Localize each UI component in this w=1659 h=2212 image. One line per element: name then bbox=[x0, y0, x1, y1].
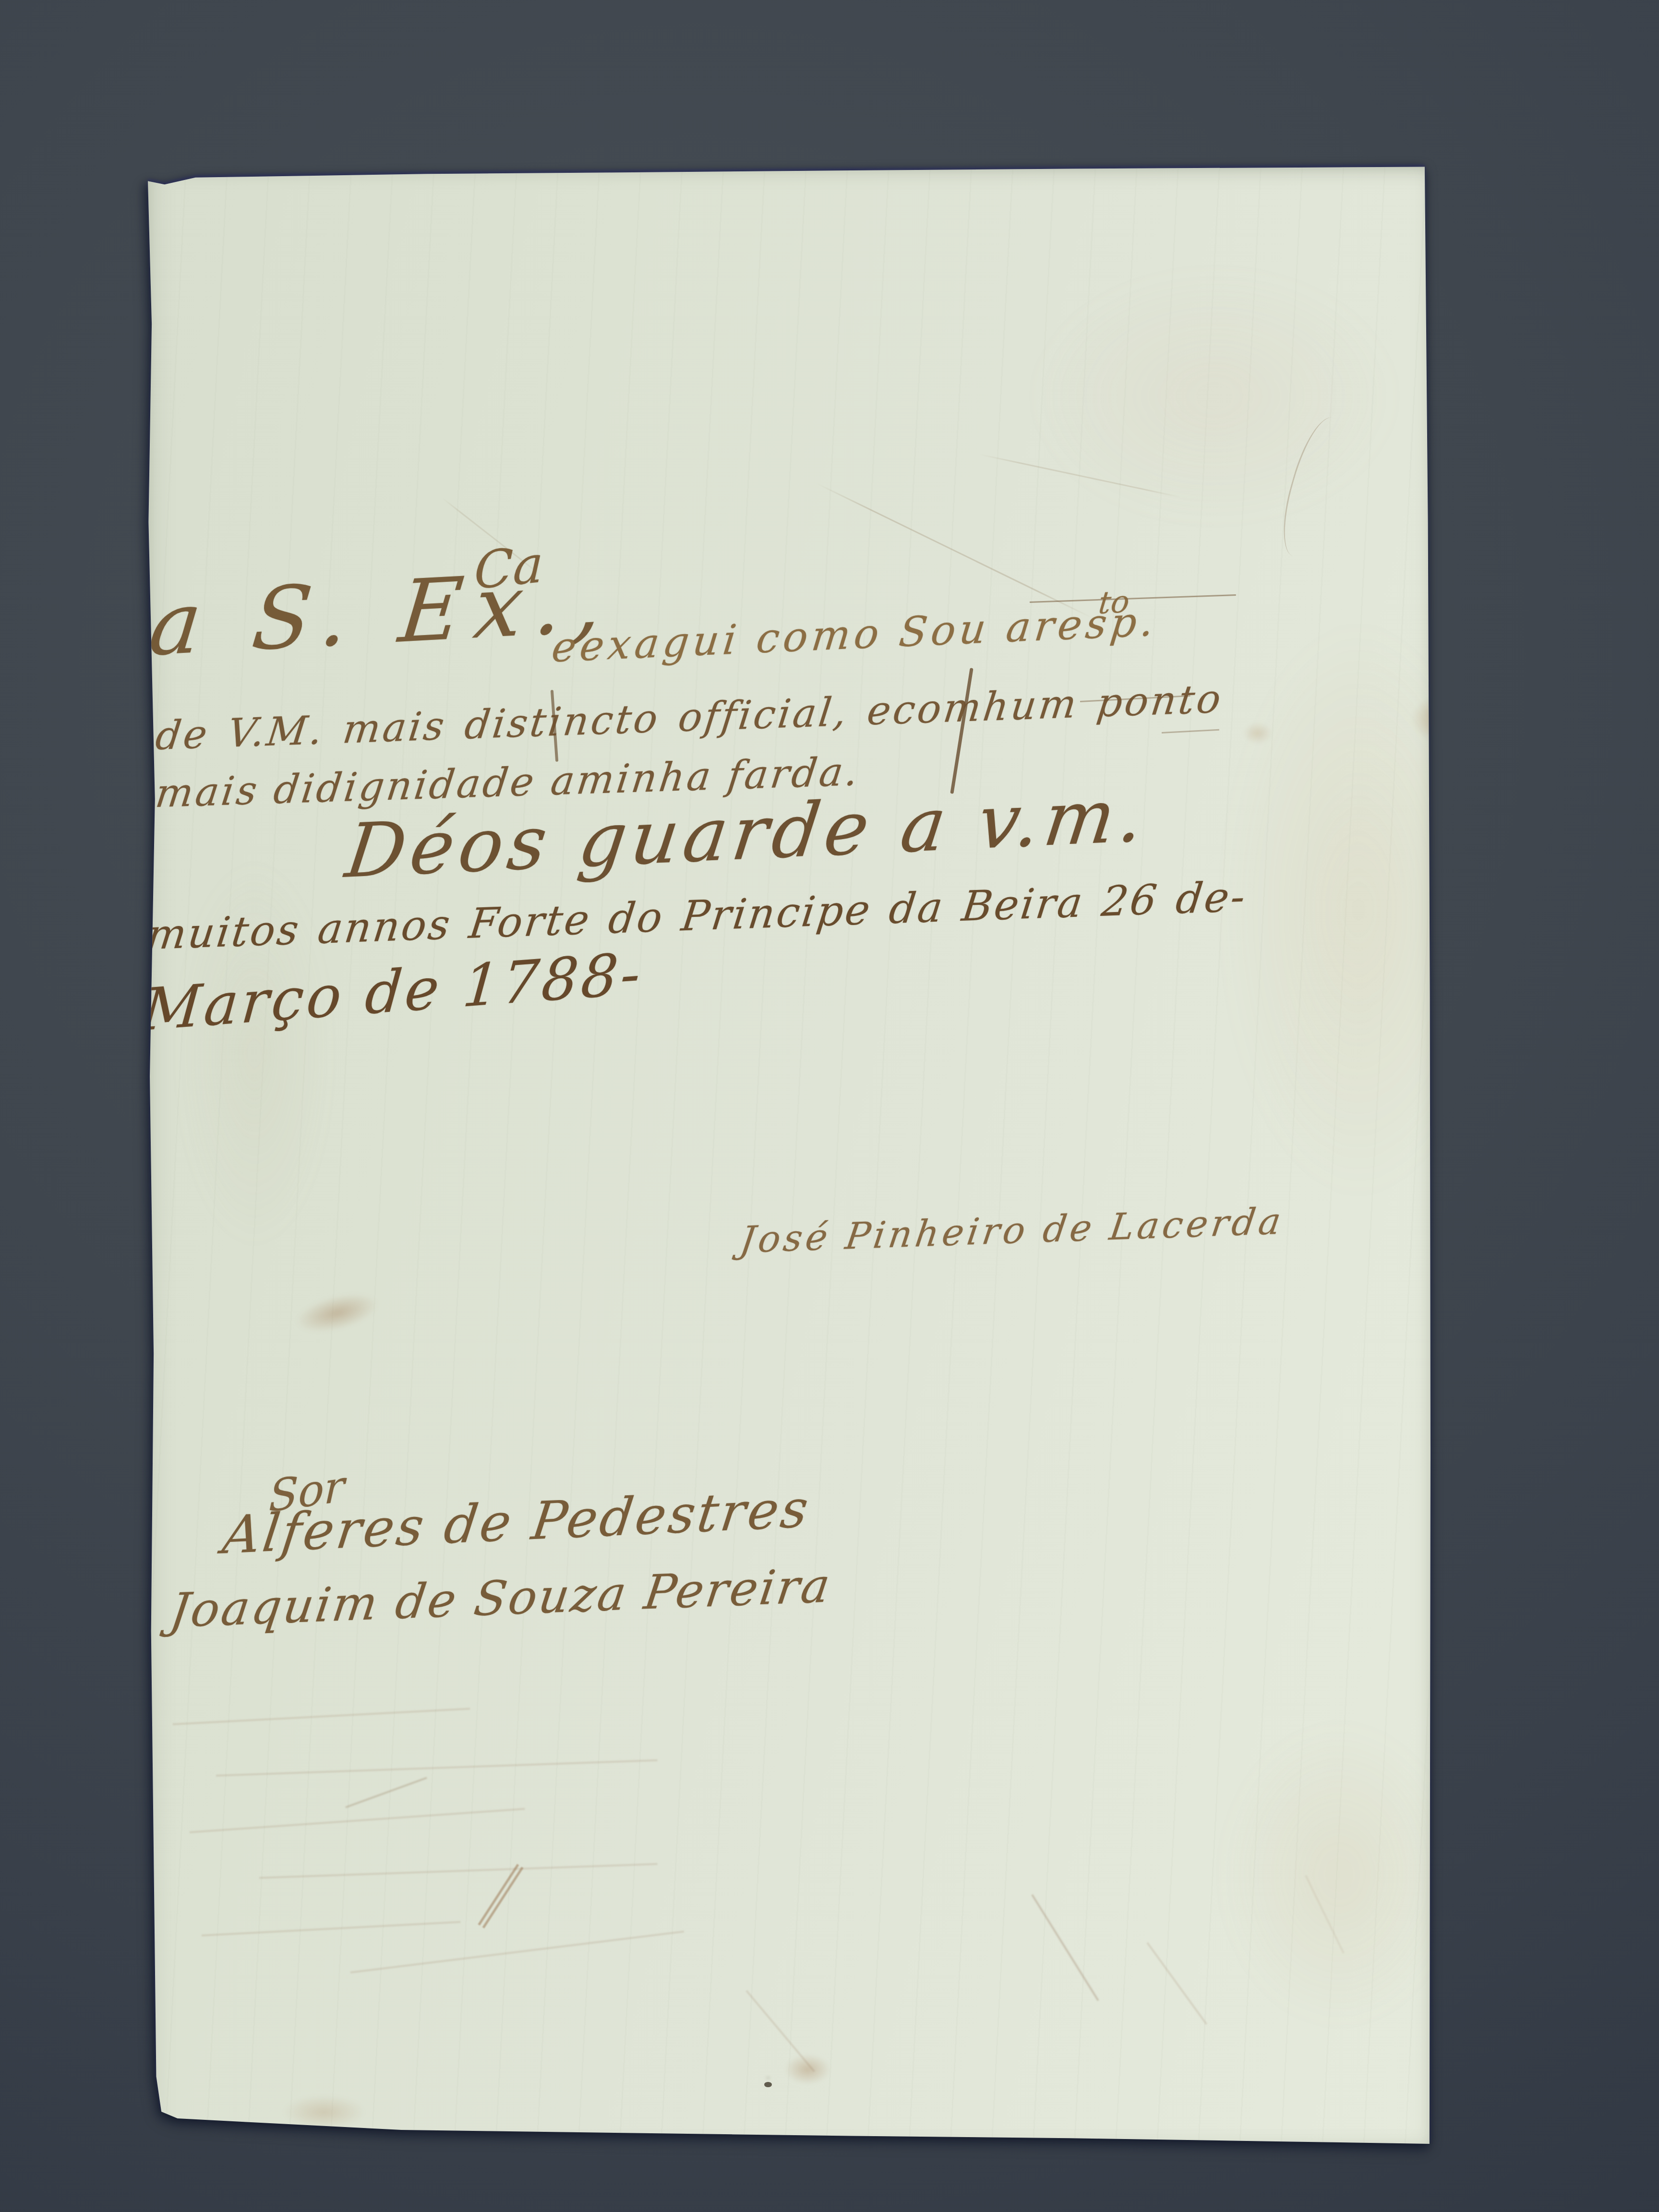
show-through-double-stroke bbox=[478, 1864, 523, 1929]
stain bbox=[1032, 271, 1397, 521]
date-line-1: muitos annos Forte do Principe da Beira … bbox=[144, 876, 1249, 956]
show-through-mark bbox=[1031, 1894, 1099, 2001]
date-line-2: Março de 1788- bbox=[140, 945, 646, 1040]
body-line-1: eexagui como Sou aresp. bbox=[550, 601, 1160, 669]
stain bbox=[1224, 622, 1493, 1198]
stain bbox=[1452, 734, 1493, 763]
scratch-mark bbox=[979, 454, 1181, 498]
scratch-mark bbox=[1272, 412, 1355, 563]
ink-flourish-dash bbox=[1162, 729, 1219, 733]
body-line-2: de V.M. mais distincto official, ecomhum… bbox=[154, 679, 1226, 756]
stain bbox=[1243, 722, 1272, 744]
ink-fleck bbox=[764, 2082, 772, 2087]
scratch-mark bbox=[816, 482, 1093, 618]
show-through-mark bbox=[216, 1759, 658, 1777]
stain bbox=[1411, 696, 1471, 742]
signature: José Pinheiro de Lacerda bbox=[738, 1202, 1286, 1258]
photo-background: Ca a S. Ex., eexagui como Sou aresp. to … bbox=[0, 0, 1659, 2212]
show-through-mark bbox=[259, 1863, 658, 1879]
manuscript-page-wrapper: Ca a S. Ex., eexagui como Sou aresp. to … bbox=[144, 166, 1431, 2146]
show-through-mark bbox=[173, 1708, 470, 1725]
show-through-mark bbox=[1146, 1942, 1207, 2025]
show-through-mark bbox=[745, 1990, 815, 2072]
salutation-addressee: a S. Ex., bbox=[145, 558, 619, 668]
stain bbox=[283, 2095, 365, 2129]
show-through-mark bbox=[350, 1931, 684, 1973]
paper-texture bbox=[144, 166, 1431, 2146]
show-through-mark bbox=[202, 1921, 460, 1936]
show-through-mark bbox=[1305, 1875, 1345, 1954]
paper-shading bbox=[144, 166, 1431, 2146]
show-through-mark bbox=[190, 1808, 525, 1833]
manuscript-page: Ca a S. Ex., eexagui como Sou aresp. to … bbox=[144, 166, 1431, 2146]
stain bbox=[292, 1286, 382, 1339]
stain bbox=[785, 2055, 830, 2084]
addressee-name: Joaquim de Souza Pereira bbox=[167, 1562, 834, 1635]
stain bbox=[1224, 1726, 1455, 2023]
superscript-abbreviation: to bbox=[1097, 587, 1131, 619]
show-through-mark bbox=[345, 1777, 427, 1808]
